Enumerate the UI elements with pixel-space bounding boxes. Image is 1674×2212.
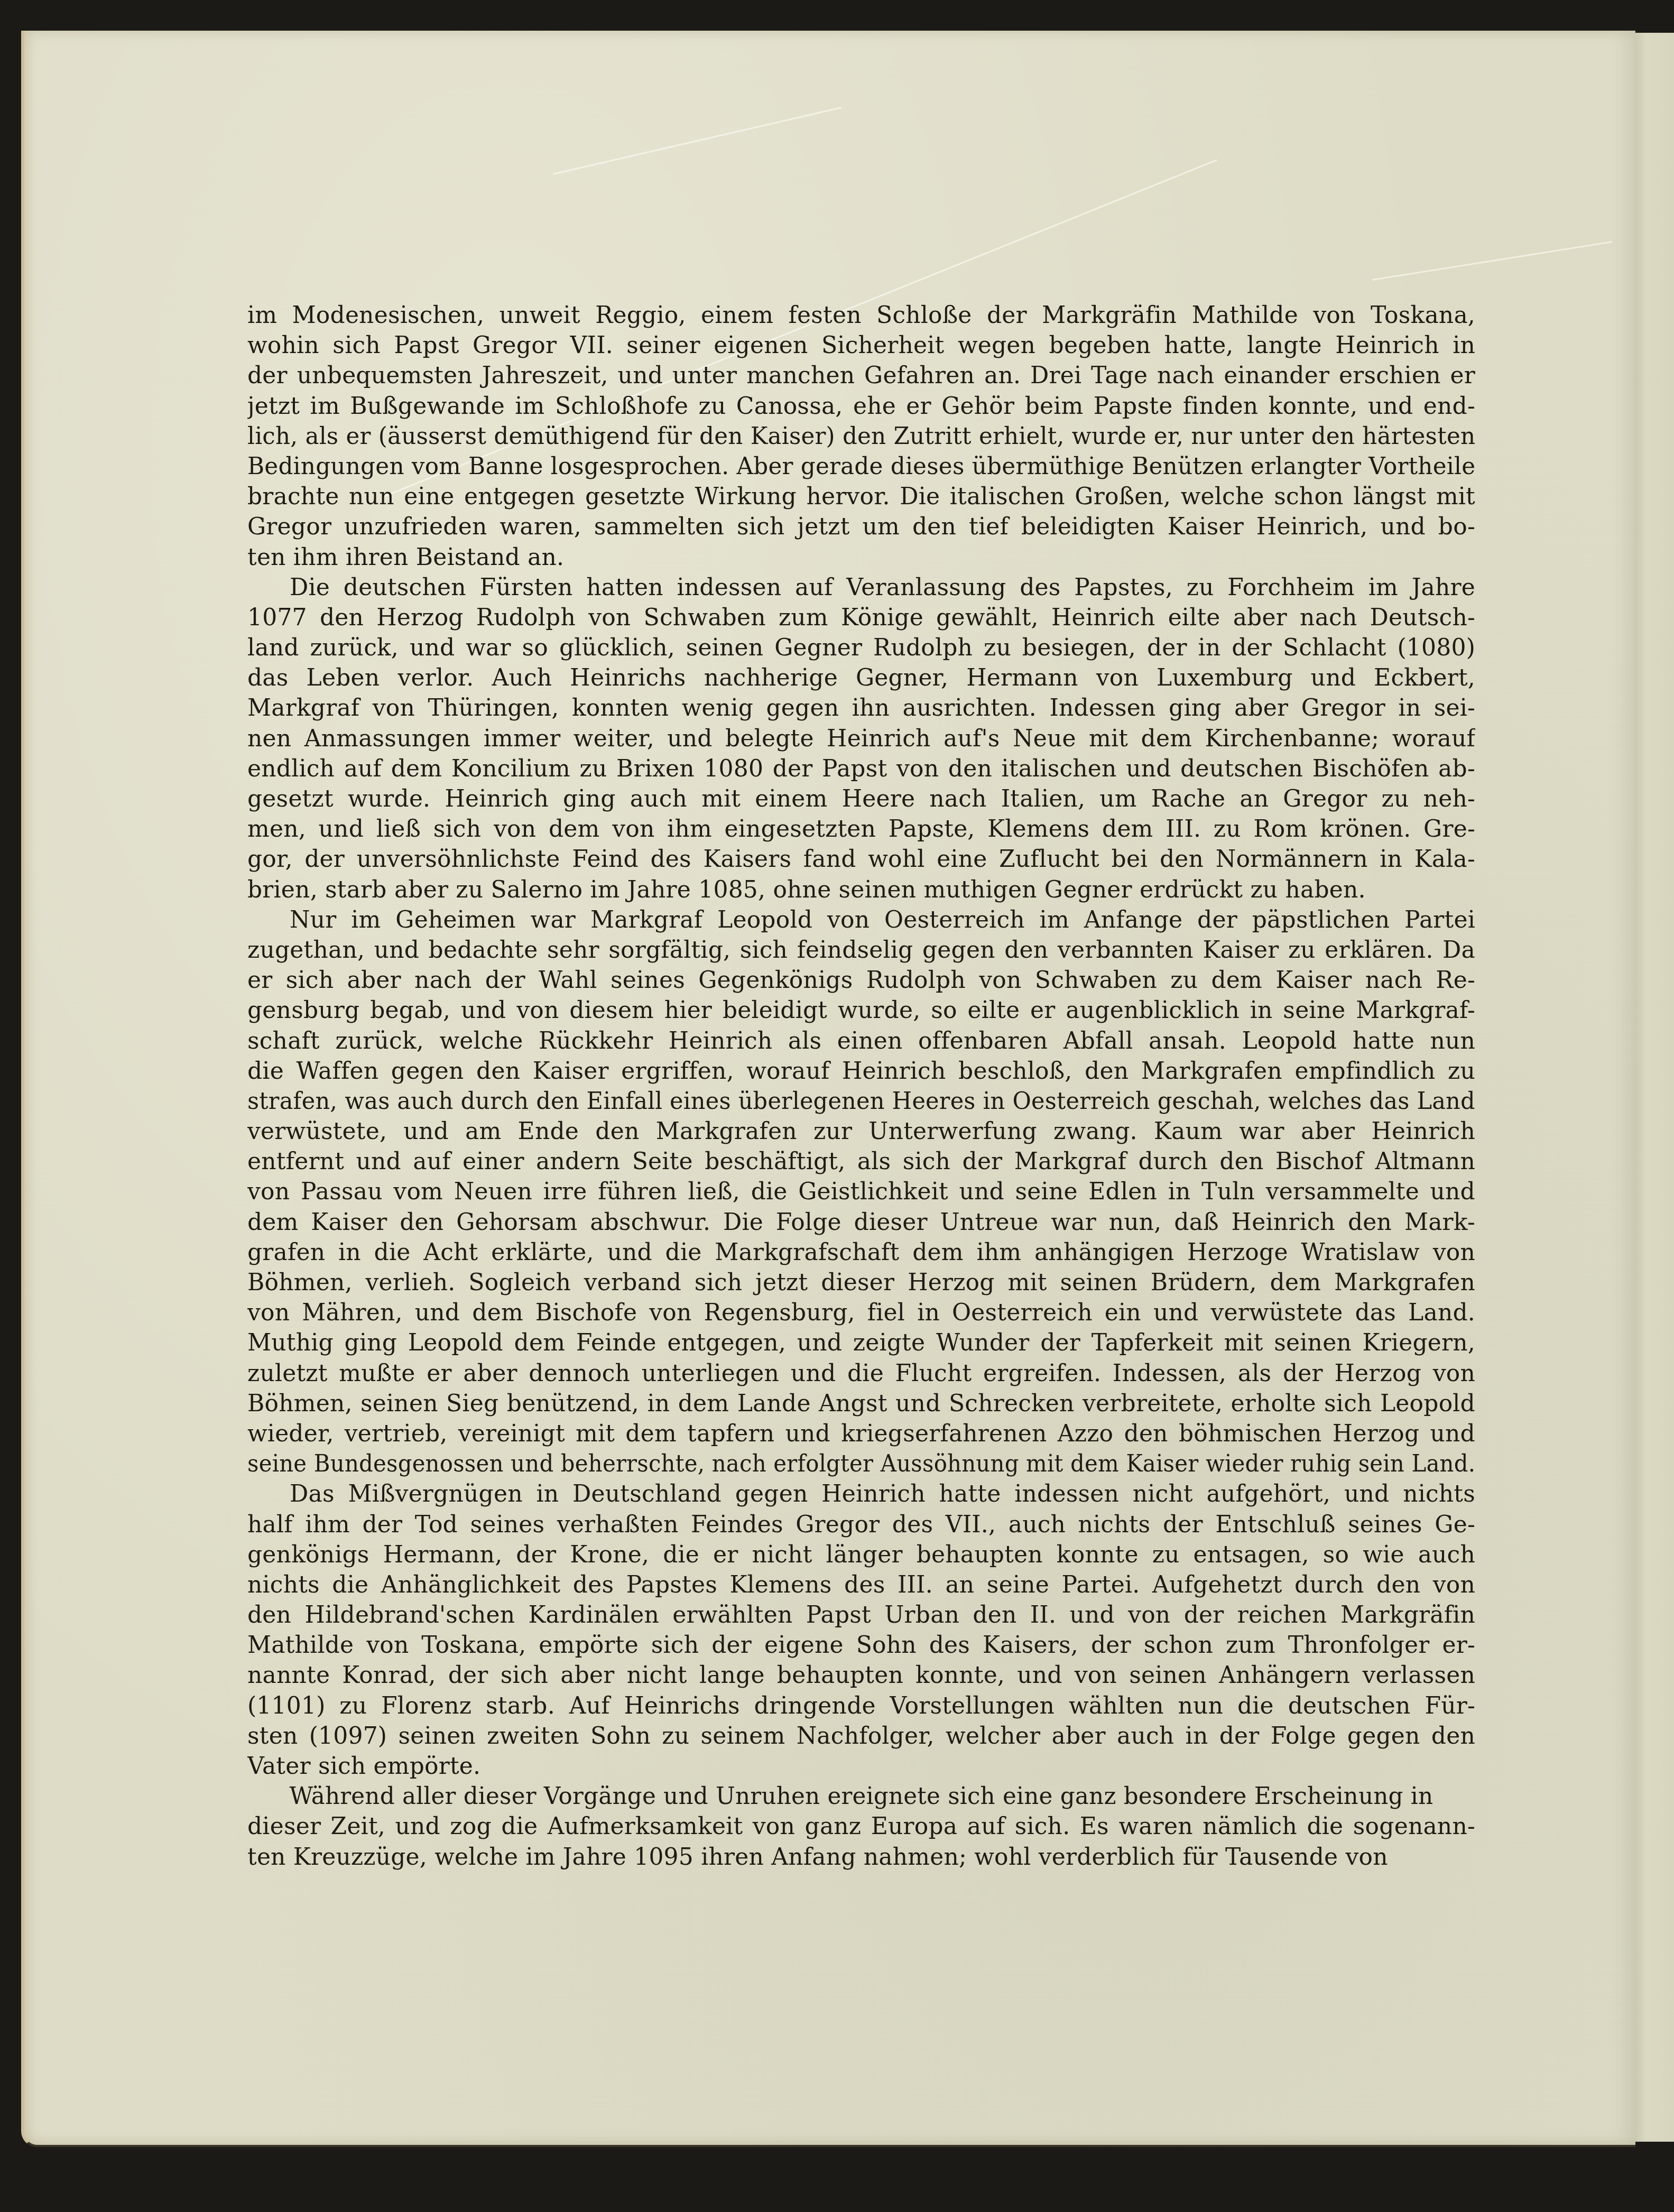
text-line: (1101) zu Florenz starb. Auf Heinrichs d… <box>247 1691 1475 1721</box>
text-line: Böhmen, seinen Sieg benützend, in dem La… <box>247 1389 1475 1419</box>
adjacent-page-edge <box>1632 33 1674 2142</box>
text-line: die Waffen gegen den Kaiser ergriffen, w… <box>247 1056 1475 1086</box>
text-line: land zurück, und war so glücklich, seine… <box>247 633 1475 663</box>
text-line: gensburg begab, und von diesem hier bele… <box>247 995 1475 1025</box>
text-line: das Leben verlor. Auch Heinrichs nachher… <box>247 663 1475 693</box>
text-line: Das Mißvergnügen in Deutschland gegen He… <box>247 1479 1475 1509</box>
paragraph: Die deutschen Fürsten hatten indessen au… <box>247 572 1475 905</box>
text-line: genkönigs Hermann, der Krone, die er nic… <box>247 1540 1475 1570</box>
text-line: im Modenesischen, unweit Reggio, einem f… <box>247 300 1475 330</box>
body-text: im Modenesischen, unweit Reggio, einem f… <box>247 300 1475 1872</box>
text-line: von Mähren, und dem Bischofe von Regensb… <box>247 1298 1475 1328</box>
text-line: lich, als er (äusserst demüthigend für d… <box>247 421 1475 451</box>
text-line: von Passau vom Neuen irre führen ließ, d… <box>247 1177 1475 1207</box>
text-line: ten ihm ihren Beistand an. <box>247 542 1475 572</box>
paragraph: Während aller dieser Vorgänge und Unruhe… <box>247 1781 1475 1872</box>
text-line: ten Kreuzzüge, welche im Jahre 1095 ihre… <box>247 1842 1475 1872</box>
text-line: nichts die Anhänglichkeit des Papstes Kl… <box>247 1570 1475 1600</box>
text-line: men, und ließ sich von dem von ihm einge… <box>247 814 1475 844</box>
text-line: endlich auf dem Koncilium zu Brixen 1080… <box>247 754 1475 784</box>
text-line: verwüstete, und am Ende den Markgrafen z… <box>247 1116 1475 1146</box>
text-line: dieser Zeit, und zog die Aufmerksamkeit … <box>247 1811 1475 1841</box>
paragraph: Das Mißvergnügen in Deutschland gegen He… <box>247 1479 1475 1781</box>
text-line: wieder, vertrieb, vereinigt mit dem tapf… <box>247 1419 1475 1449</box>
text-line: der unbequemsten Jahreszeit, und unter m… <box>247 360 1475 391</box>
text-line: Während aller dieser Vorgänge und Unruhe… <box>247 1781 1475 1811</box>
text-line: wohin sich Papst Gregor VII. seiner eige… <box>247 330 1475 360</box>
text-line: zugethan, und bedachte sehr sorgfältig, … <box>247 935 1475 965</box>
text-line: dem Kaiser den Gehorsam abschwur. Die Fo… <box>247 1207 1475 1237</box>
book-page: im Modenesischen, unweit Reggio, einem f… <box>21 31 1635 2147</box>
text-line: Gregor unzufrieden waren, sammelten sich… <box>247 512 1475 542</box>
text-line: grafen in die Acht erklärte, und die Mar… <box>247 1237 1475 1267</box>
text-line: Böhmen, verlieh. Sogleich verband sich j… <box>247 1267 1475 1298</box>
text-line: 1077 den Herzog Rudolph von Schwaben zum… <box>247 603 1475 633</box>
text-line: Die deutschen Fürsten hatten indessen au… <box>247 572 1475 603</box>
text-line: nannte Konrad, der sich aber nicht lange… <box>247 1660 1475 1690</box>
text-line: Markgraf von Thüringen, konnten wenig ge… <box>247 693 1475 723</box>
text-line: den Hildebrand'schen Kardinälen erwählte… <box>247 1600 1475 1630</box>
text-line: brien, starb aber zu Salerno im Jahre 10… <box>247 875 1475 905</box>
text-line: Bedingungen vom Banne losgesprochen. Abe… <box>247 451 1475 482</box>
paper-crease <box>553 107 841 175</box>
paragraph: im Modenesischen, unweit Reggio, einem f… <box>247 300 1475 572</box>
text-line: Mathilde von Toskana, empörte sich der e… <box>247 1630 1475 1660</box>
text-line: Nur im Geheimen war Markgraf Leopold von… <box>247 905 1475 935</box>
paper-crease <box>1372 241 1613 281</box>
text-line: er sich aber nach der Wahl seines Gegenk… <box>247 965 1475 995</box>
text-line: entfernt und auf einer andern Seite besc… <box>247 1146 1475 1177</box>
text-line: gesetzt wurde. Heinrich ging auch mit ei… <box>247 784 1475 814</box>
text-line: brachte nun eine entgegen gesetzte Wirku… <box>247 482 1475 512</box>
text-line: sten (1097) seinen zweiten Sohn zu seine… <box>247 1721 1475 1751</box>
text-line: Muthig ging Leopold dem Feinde entgegen,… <box>247 1328 1475 1358</box>
text-line: gor, der unversöhnlichste Feind des Kais… <box>247 844 1475 874</box>
text-line: jetzt im Bußgewande im Schloßhofe zu Can… <box>247 391 1475 421</box>
text-line: schaft zurück, welche Rückkehr Heinrich … <box>247 1026 1475 1056</box>
text-line: strafen, was auch durch den Einfall eine… <box>247 1086 1475 1116</box>
text-line: half ihm der Tod seines verhaßten Feinde… <box>247 1510 1475 1540</box>
text-line: seine Bundesgenossen und beherrschte, na… <box>247 1449 1475 1479</box>
paragraph: Nur im Geheimen war Markgraf Leopold von… <box>247 905 1475 1479</box>
text-line: Vater sich empörte. <box>247 1751 1475 1781</box>
text-line: zuletzt mußte er aber dennoch unterliege… <box>247 1358 1475 1389</box>
text-line: nen Anmassungen immer weiter, und belegt… <box>247 724 1475 754</box>
